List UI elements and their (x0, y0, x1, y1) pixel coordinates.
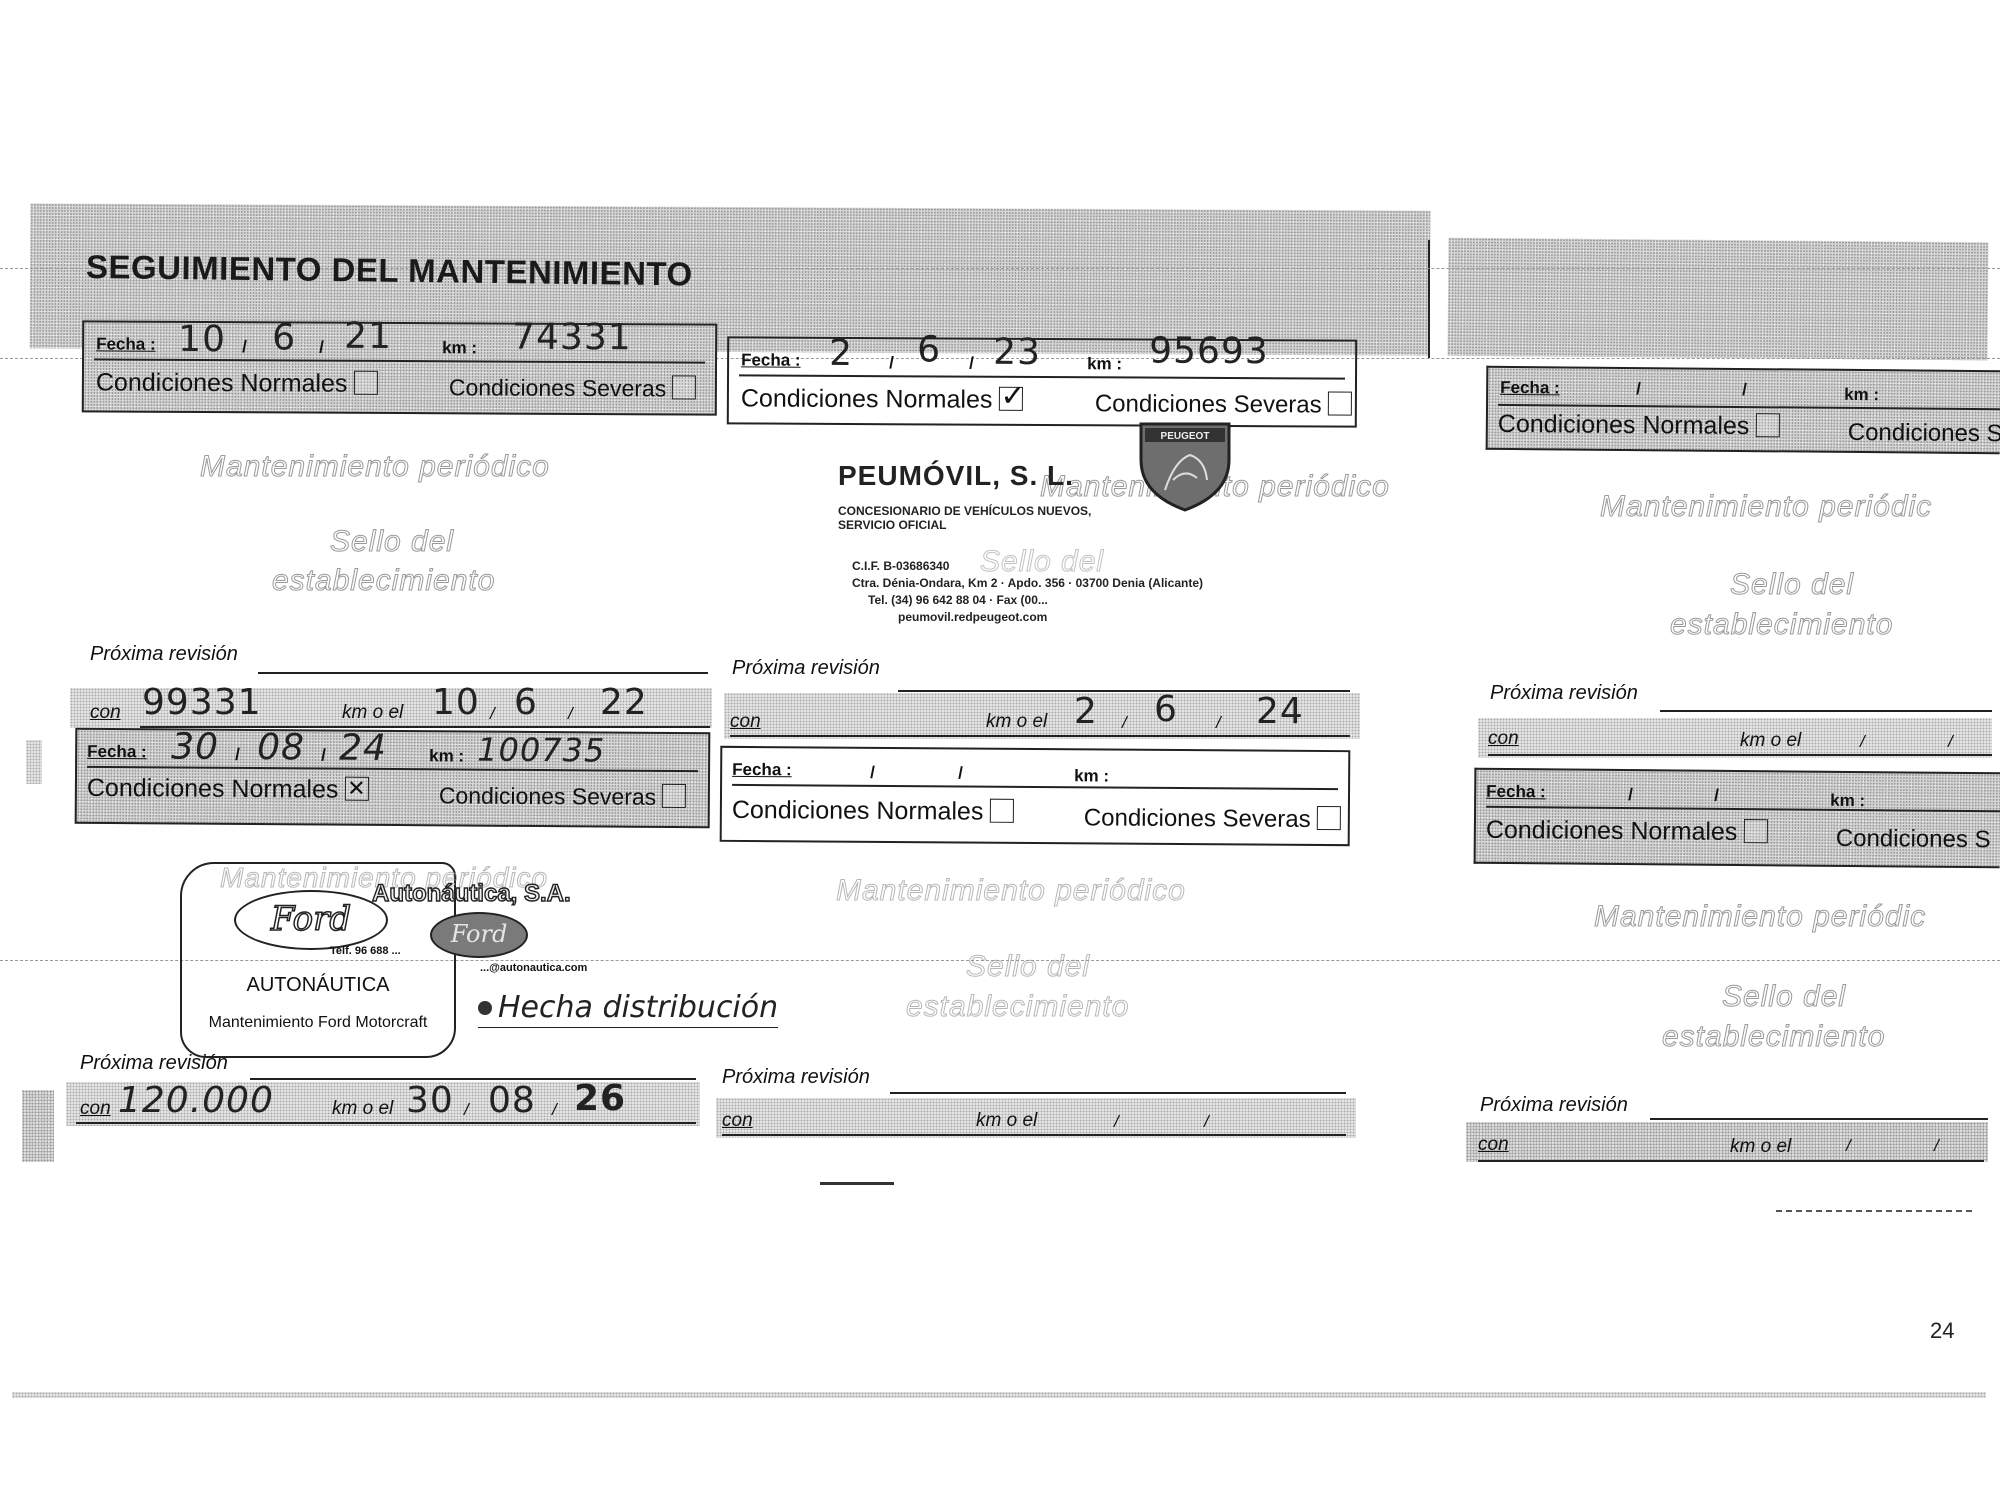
entry-col1-row1: Fecha : 10 / 6 / 21 km : 74331 Condicion… (82, 320, 717, 415)
condiciones-severas: Condiciones Severas (1095, 390, 1352, 419)
fecha-label: Fecha : (732, 760, 792, 780)
condiciones-normales-checkbox[interactable] (989, 799, 1013, 823)
mantenimiento-periodico-label: Mantenimiento periódic (1594, 900, 1926, 934)
condiciones-severas: Condiciones S (1848, 419, 2000, 448)
proxima-km[interactable]: 120.000 (118, 1080, 274, 1121)
mantenimiento-periodico-label: Mantenimiento periódic (1600, 490, 1932, 524)
autonautica-company: Autonáutica, S.A. (372, 880, 571, 908)
page-bottom-edge (12, 1392, 1986, 1398)
peugeot-shield-icon: PEUGEOT (1135, 420, 1235, 512)
entry-col3-row2: Fecha : / / km : Condiciones Normales Co… (1474, 768, 2000, 869)
proxima-year[interactable]: 24 (1256, 691, 1304, 732)
fecha-label: Fecha : (741, 350, 801, 370)
condiciones-severas: Condiciones Severas (439, 782, 687, 811)
margin-mark: 24 (1930, 1318, 1954, 1344)
condiciones-normales: Condiciones Normales (732, 796, 1014, 827)
handwritten-note: Hecha distribución (478, 990, 778, 1028)
km-label: km : (1844, 385, 1879, 405)
condiciones-severas-checkbox[interactable] (672, 375, 696, 399)
fecha-label: Fecha : (1500, 378, 1560, 399)
km-label: km : (1087, 354, 1122, 374)
condiciones-normales-checkbox[interactable] (344, 777, 368, 801)
km-label: km : (1074, 766, 1109, 786)
fecha-label: Fecha : (87, 742, 147, 762)
proxima-km[interactable]: 99331 (142, 682, 262, 723)
proxima-revision-label: Próxima revisión (80, 1052, 228, 1075)
svg-text:PEUGEOT: PEUGEOT (1161, 431, 1210, 442)
km-value[interactable]: 95693 (1149, 331, 1269, 373)
condiciones-normales: Condiciones Normales (1498, 410, 1780, 441)
proxima-day[interactable]: 2 (1074, 691, 1098, 732)
bullet-icon (478, 1001, 492, 1015)
fecha-label: Fecha : (96, 334, 156, 354)
proxima-revision-row: con km o el / / (1466, 1122, 1988, 1162)
proxima-month[interactable]: 08 (488, 1080, 536, 1121)
condiciones-normales-checkbox[interactable] (353, 371, 377, 395)
fecha-year[interactable]: 21 (344, 316, 392, 357)
sello-label-2: establecimiento (906, 990, 1129, 1024)
proxima-year[interactable]: 22 (600, 682, 648, 723)
entry-col2-row2: Fecha : / / km : Condiciones Normales Co… (720, 746, 1351, 846)
fecha-month[interactable]: 6 (917, 329, 941, 370)
condiciones-severas: Condiciones Severas (449, 374, 696, 402)
condiciones-severas-checkbox[interactable] (662, 784, 686, 808)
proxima-revision-label: Próxima revisión (1480, 1094, 1628, 1117)
proxima-month[interactable]: 6 (514, 682, 538, 723)
condiciones-normales-checkbox[interactable] (998, 387, 1022, 411)
condiciones-normales: Condiciones Normales (87, 774, 369, 805)
mantenimiento-periodico-label: Mantenimiento periódico (836, 874, 1186, 908)
entry-col3-row1: Fecha : / / km : Condiciones Normales Co… (1486, 366, 2000, 454)
sello-label-1: Sello del (966, 950, 1090, 984)
condiciones-severas: Condiciones Severas (1084, 804, 1341, 834)
condiciones-normales-checkbox[interactable] (1755, 413, 1779, 437)
proxima-revision-row: con 120.000 km o el 30 / 08 / 26 (66, 1082, 700, 1126)
fecha-day[interactable]: 10 (178, 319, 226, 360)
condiciones-normales: Condiciones Normales (96, 368, 378, 398)
fecha-year[interactable]: 24 (339, 728, 387, 769)
proxima-revision-label: Próxima revisión (1490, 682, 1638, 705)
proxima-revision-row: con km o el 2 / 6 / 24 (724, 693, 1360, 739)
scan-artifact (26, 740, 42, 784)
proxima-day[interactable]: 30 (406, 1080, 454, 1121)
entry-col2-row1: Fecha : 2 / 6 / 23 km : 95693 Condicione… (727, 336, 1357, 427)
km-label: km : (429, 746, 464, 766)
condiciones-normales: Condiciones Normales (1486, 816, 1768, 847)
sello-label-1: Sello del (1730, 568, 1854, 602)
sello-label-2: establecimiento (1670, 608, 1893, 642)
entry-col1-row2: Fecha : 30 / 08 / 24 km : 100735 Condici… (75, 728, 711, 828)
proxima-revision-label: Próxima revisión (722, 1066, 870, 1089)
mantenimiento-periodico-label: Mantenimiento periódico (200, 450, 550, 484)
column-separator (1428, 240, 1430, 358)
fecha-day[interactable]: 2 (829, 333, 853, 374)
km-value[interactable]: 100735 (477, 731, 605, 770)
header-band-right (1447, 238, 1988, 361)
fecha-month[interactable]: 08 (257, 727, 305, 768)
fecha-label: Fecha : (1486, 782, 1546, 803)
condiciones-severas-checkbox[interactable] (1328, 391, 1352, 415)
km-label: km : (442, 338, 477, 358)
proxima-day[interactable]: 10 (432, 682, 480, 723)
proxima-revision-row: con 99331 km o el 10 / 6 / 22 (70, 688, 712, 728)
scan-artifact (22, 1090, 54, 1162)
sello-label-1: Sello del (330, 525, 454, 559)
proxima-year[interactable]: 26 (574, 1078, 626, 1119)
condiciones-normales: Condiciones Normales (741, 384, 1023, 414)
km-value[interactable]: 74331 (512, 317, 632, 359)
sello-label-2: establecimiento (1662, 1020, 1885, 1054)
fecha-month[interactable]: 6 (272, 317, 296, 358)
km-label: km : (1830, 791, 1865, 811)
proxima-revision-row: con km o el / / (716, 1098, 1356, 1138)
proxima-revision-label: Próxima revisión (732, 657, 880, 680)
ford-logo-icon: Ford (234, 890, 388, 950)
proxima-month[interactable]: 6 (1154, 689, 1178, 730)
fecha-day[interactable]: 30 (171, 726, 219, 767)
ford-logo-small-icon: Ford (430, 912, 528, 958)
proxima-revision-label: Próxima revisión (90, 643, 238, 666)
proxima-revision-row: con km o el / / (1478, 718, 1992, 758)
condiciones-severas-checkbox[interactable] (1317, 806, 1341, 830)
sello-label-2: establecimiento (272, 564, 495, 598)
condiciones-severas: Condiciones S (1836, 825, 1991, 854)
condiciones-normales-checkbox[interactable] (1743, 819, 1767, 843)
sello-label-1: Sello del (1722, 980, 1846, 1014)
fecha-year[interactable]: 23 (993, 332, 1041, 373)
page-title: SEGUIMIENTO DEL MANTENIMIENTO (86, 248, 693, 293)
